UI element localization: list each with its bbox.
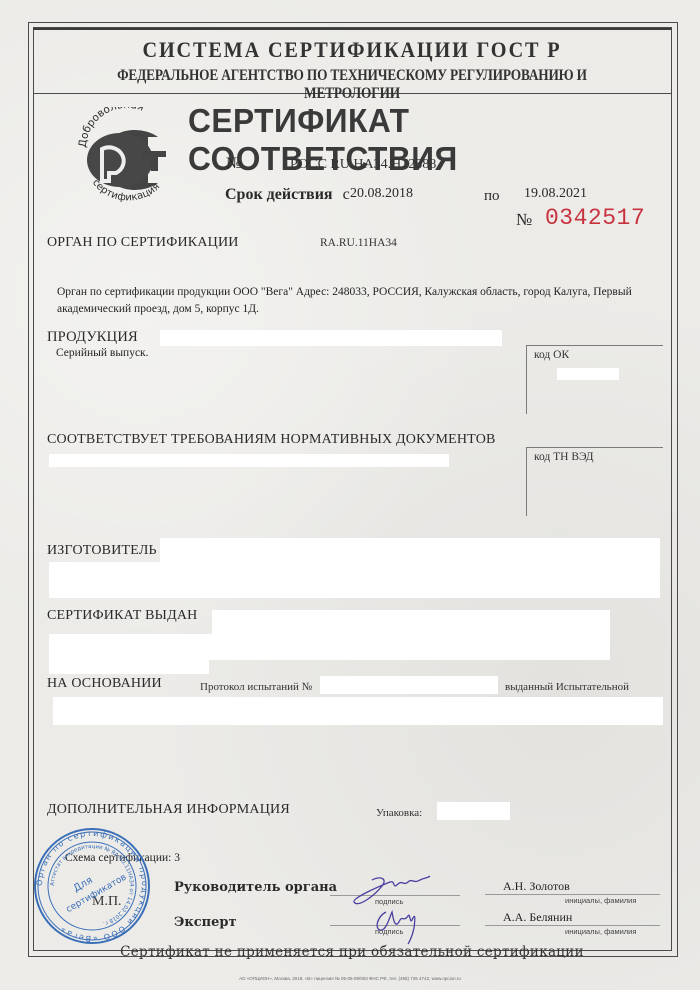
valid-from-date: 20.08.2018 [350, 186, 413, 202]
valid-to-label: по [484, 188, 500, 205]
agency-name: ФЕДЕРАЛЬНОЕ АГЕНТСТВО ПО ТЕХНИЧЕСКОМУ РЕ… [78, 67, 627, 103]
redacted-basis-top [49, 660, 209, 674]
protocol-label: Протокол испытаний № [200, 681, 312, 693]
signature-role-head: Руководитель органа [174, 880, 337, 895]
redacted-issued-to [212, 610, 610, 660]
redacted-manufacturer [160, 538, 660, 598]
certification-body-heading: ОРГАН ПО СЕРТИФИКАЦИИ [47, 235, 239, 251]
certification-body-code: RA.RU.11НА34 [320, 237, 397, 249]
additional-info-heading: ДОПОЛНИТЕЛЬНАЯ ИНФОРМАЦИЯ [47, 802, 290, 818]
product-text: Серийный выпуск. [56, 345, 149, 362]
compliance-heading: СООТВЕТСТВУЕТ ТРЕБОВАНИЯМ НОРМАТИВНЫХ ДО… [47, 432, 496, 448]
okp-code-label: код ОК [534, 349, 569, 361]
redacted-normative-docs [49, 454, 449, 467]
system-title: СИСТЕМА СЕРТИФИКАЦИИ ГОСТ Р [59, 37, 646, 63]
validity-label-text: Срок действия [225, 186, 333, 203]
valid-from-prefix: с [343, 186, 350, 203]
blank-serial-number: 0342517 [545, 205, 645, 231]
printer-imprint: АО «ОПЦИОН», Москва, 2018, «В» лицензия … [200, 976, 500, 981]
valid-to-date: 19.08.2021 [524, 186, 587, 202]
stamp-center-text-2: сертификатов [65, 873, 129, 916]
name-caption-expert: инициалы, фамилия [565, 927, 636, 936]
product-heading: ПРОДУКЦИЯ [47, 329, 138, 346]
redacted-okp-code [557, 368, 619, 380]
name-caption-head: инициалы, фамилия [565, 896, 636, 905]
packaging-label: Упаковка: [376, 807, 422, 819]
certification-body-description: Орган по сертификации продукции ООО "Вег… [57, 284, 665, 318]
signatory-name-head: А.Н. Золотов [503, 879, 570, 894]
redacted-protocol-number [320, 676, 498, 694]
redacted-packaging [437, 802, 510, 820]
redacted-product-name [160, 330, 502, 346]
redacted-basis-details [53, 697, 663, 725]
name-line-expert [485, 925, 660, 926]
tnved-code-box: код ТН ВЭД [526, 447, 663, 516]
redacted-issued-to-2 [49, 634, 219, 660]
header-top-rule [33, 28, 671, 30]
name-line-head [485, 894, 660, 895]
number-sign: № [226, 155, 241, 173]
blank-number-sign: № [516, 210, 532, 230]
signatory-name-expert: А.А. Белянин [503, 910, 572, 925]
manufacturer-heading: ИЗГОТОВИТЕЛЬ [47, 543, 157, 559]
footer-note: Сертификат не применяется при обязательн… [33, 944, 671, 960]
validity-label: Срок действия с [225, 186, 350, 204]
tnved-code-label: код ТН ВЭД [534, 451, 594, 463]
certificate-number: РОСС RU.НА34.Н12888 [290, 157, 436, 173]
issued-by-label: выданный Испытательной [505, 681, 629, 693]
official-stamp-icon: Орган по сертификации продукции ООО «Вег… [33, 827, 151, 945]
okp-code-box: код ОК [526, 345, 663, 414]
signature-role-expert: Эксперт [174, 915, 237, 930]
rst-logo-icon: Добровольная сертификация [72, 107, 182, 207]
basis-heading: НА ОСНОВАНИИ [47, 676, 162, 692]
redacted-manufacturer-2 [49, 562, 169, 598]
issued-to-heading: СЕРТИФИКАТ ВЫДАН [47, 608, 197, 624]
handwritten-signature-icon [350, 872, 440, 950]
